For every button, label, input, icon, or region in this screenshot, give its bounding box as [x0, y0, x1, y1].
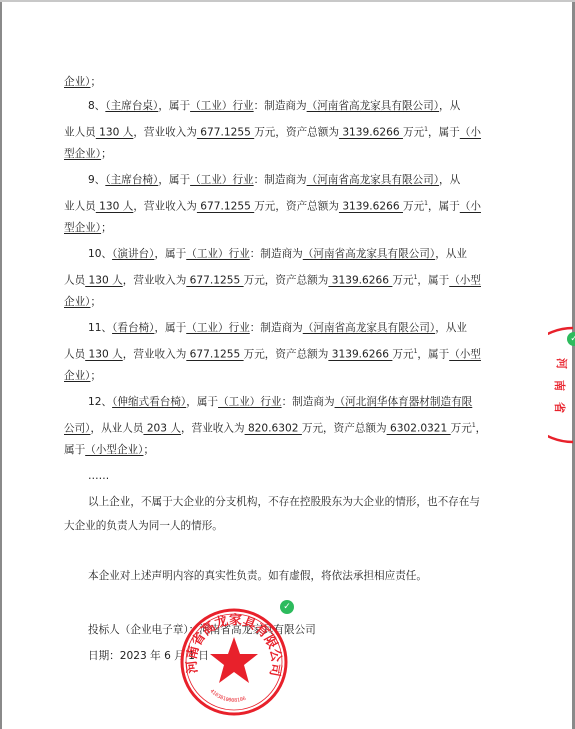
continuation-line: 企业）；	[64, 74, 101, 90]
entry-10-line-3: 企业）；	[64, 294, 101, 310]
paging-seal: 河 南 省	[548, 320, 575, 450]
document-viewport: 企业）； 8、（主席台桌），属于（工业）行业：制造商为（河南省高龙家具有限公司）…	[0, 0, 575, 729]
statement-2: 本企业对上述声明内容的真实性负责。如有虚假，将依法承担相应责任。	[64, 568, 427, 584]
entry-9-line-2: 业人员 130 人，营业收入为 677.1255 万元，资产总额为 3139.6…	[64, 196, 481, 212]
ellipsis: ……	[64, 468, 109, 484]
entry-12-line-2: 公司），从业人员 203 人，营业收入为 820.6302 万元，资产总额为 6…	[64, 418, 486, 434]
entry-11-line-1: 11、（看台椅），属于（工业）行业：制造商为（河南省高龙家具有限公司），从业	[64, 320, 467, 336]
entry-12-line-1: 12、（伸缩式看台椅），属于（工业）行业：制造商为（河北润华体育器材制造有限	[64, 394, 472, 410]
entry-9-line-1: 9、（主席台椅），属于（工业）行业：制造商为（河南省高龙家具有限公司），从	[64, 172, 460, 188]
entry-11-line-3: 企业）；	[64, 368, 101, 384]
entry-8-line-3: 型企业）；	[64, 146, 112, 162]
company-seal: 河南省高龙家具有限公司 4103810008106	[179, 607, 289, 717]
entry-11-line-2: 人员 130 人，营业收入为 677.1255 万元，资产总额为 3139.62…	[64, 344, 481, 360]
entry-8-line-1: 8、（主席台桌），属于（工业）行业：制造商为（河南省高龙家具有限公司），从	[64, 98, 460, 114]
entry-12-line-3: 属于（小型企业）；	[64, 442, 154, 458]
svg-text:河: 河	[555, 358, 569, 369]
svg-text:4103810008106: 4103810008106	[209, 688, 247, 704]
entry-9-line-3: 型企业）；	[64, 220, 112, 236]
star-icon	[210, 637, 258, 683]
entry-10-line-1: 10、（演讲台），属于（工业）行业：制造商为（河南省高龙家具有限公司），从业	[64, 246, 467, 262]
statement-1-line-1: 以上企业，不属于大企业的分支机构，不存在控股股东为大企业的情形，也不存在与	[64, 494, 480, 510]
svg-text:南: 南	[553, 380, 567, 391]
entry-10-line-2: 人员 130 人，营业收入为 677.1255 万元，资产总额为 3139.62…	[64, 270, 481, 286]
viewport-left-border	[0, 2, 2, 729]
statement-1-line-2: 大企业的负责人为同一人的情形。	[64, 518, 223, 534]
svg-text:省: 省	[553, 402, 567, 413]
entry-8-line-2: 业人员 130 人，营业收入为 677.1255 万元，资产总额为 3139.6…	[64, 122, 481, 138]
